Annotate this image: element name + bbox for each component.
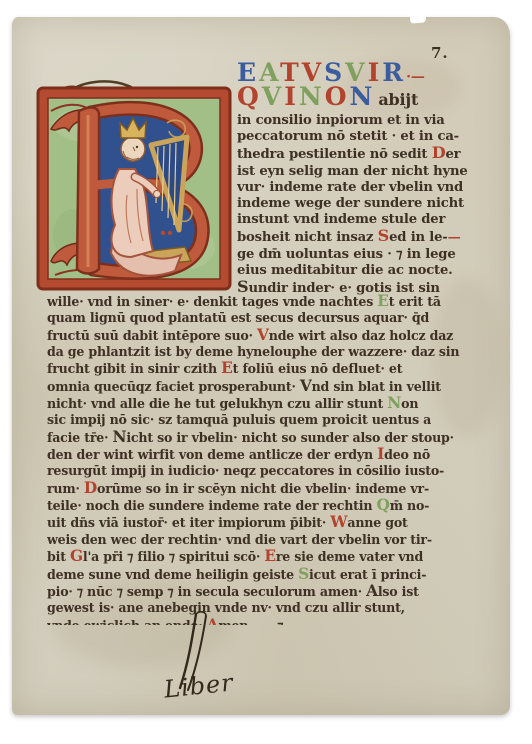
- parchment-notch: [410, 13, 427, 23]
- liber-inscription: Liber: [150, 610, 270, 720]
- manuscript-line: fructū suū dabit intēpore suo· Vnde wirt…: [47, 327, 507, 344]
- manuscript-line: facie tr̄e· Nicht so ir vbelin· nicht so…: [47, 429, 507, 446]
- manuscript-line: den der wint wirfit von deme antlicze de…: [47, 446, 507, 463]
- pen-flourish: ·—: [406, 69, 425, 85]
- manuscript-line: eius meditabitur die ac nocte.: [237, 263, 509, 279]
- manuscript-line: sic impij nō sic· sz tamquā puluis quem …: [47, 412, 507, 428]
- manuscript-line: quam lignū quod plantatū est secus decur…: [47, 310, 507, 326]
- manuscript-line: uit dn̄s viā iustor̄· et iter impiorum p…: [47, 514, 507, 531]
- manuscript-line: vur· indeme rate der vbelin vnd: [237, 180, 509, 196]
- heading-suffix: abijt: [378, 90, 418, 109]
- heading-capital: O: [325, 82, 350, 111]
- text-column-full: wille· vnd in siner· e· denkit tages vnd…: [47, 293, 507, 625]
- manuscript-line: wille· vnd in siner· e· denkit tages vnd…: [47, 293, 507, 310]
- manuscript-line: gewest is· ane anebegin vnde nv· vnd czu…: [47, 600, 507, 616]
- manuscript-line: teile· noch die sundere indeme rate der …: [47, 497, 507, 514]
- manuscript-line: pio· ⁊ nūc ⁊ semp ⁊ in secula seculorum …: [47, 583, 507, 600]
- manuscript-line: bit Gl'a pr̄i ⁊ filio ⁊ spiritui scō· Er…: [47, 548, 507, 565]
- manuscript-line: deme sune vnd deme heiligin geiste Sicut…: [47, 566, 507, 583]
- manuscript-line: nicht· vnd alle die he tut gelukhyn czu …: [47, 395, 507, 412]
- manuscript-line: da ge phlantzit ist by deme hynelouphe d…: [47, 344, 507, 360]
- manuscript-page: 7.: [12, 17, 510, 715]
- heading-capital: Q: [237, 82, 262, 111]
- manuscript-line: indeme wege der sundere nicht: [237, 196, 509, 212]
- manuscript-line: resurgūt impij in iudicio· neqz peccator…: [47, 463, 507, 479]
- heading-line-2: QVINONabijt: [237, 85, 425, 109]
- manuscript-line: peccatorum nō stetit · et in ca-: [237, 129, 509, 145]
- manuscript-line: in consilio inpiorum et in via: [237, 113, 509, 129]
- manuscript-line: weis den wec der rechtin· vnd die vart d…: [47, 532, 507, 548]
- manuscript-line: ge dm̄ uoluntas eius · ⁊ in lege: [237, 247, 509, 263]
- manuscript-line: instunt vnd indeme stule der: [237, 212, 509, 228]
- manuscript-line: ist eyn selig man der nicht hyne: [237, 164, 509, 180]
- manuscript-line: vnde ewiclich an ende· Amen ——⁊.: [47, 617, 507, 625]
- incipit-heading: EATVSVIR·— QVINONabijt: [237, 61, 425, 109]
- heading-capital: N: [299, 82, 325, 111]
- liber-flourish-icon: [150, 610, 270, 720]
- manuscript-line: thedra pestilentie nō sedit Der: [237, 145, 509, 163]
- manuscript-line: rum· Dorūme so in ir scēyn nicht die vbe…: [47, 480, 507, 497]
- folio-number: 7.: [431, 44, 449, 62]
- heading-capital: V: [262, 82, 284, 111]
- text-column-narrow: in consilio inpiorum et in viapeccatorum…: [237, 113, 509, 295]
- heading-capital: R: [382, 58, 406, 87]
- manuscript-line: omnia quecūqz faciet prosperabunt· Vnd s…: [47, 378, 507, 395]
- heading-capital: N: [350, 82, 376, 111]
- manuscript-line: frucht gibit in sinir czith Et foliū eiu…: [47, 360, 507, 377]
- king-david-miniature-icon: [35, 85, 233, 292]
- heading-capital: I: [284, 82, 299, 111]
- photo-background: 7.: [0, 0, 532, 744]
- illuminated-initial-b: [35, 85, 233, 292]
- manuscript-line: bosheit nicht insaz Sed in le-—: [237, 228, 509, 246]
- heading-letters-2: QVINON: [237, 82, 375, 111]
